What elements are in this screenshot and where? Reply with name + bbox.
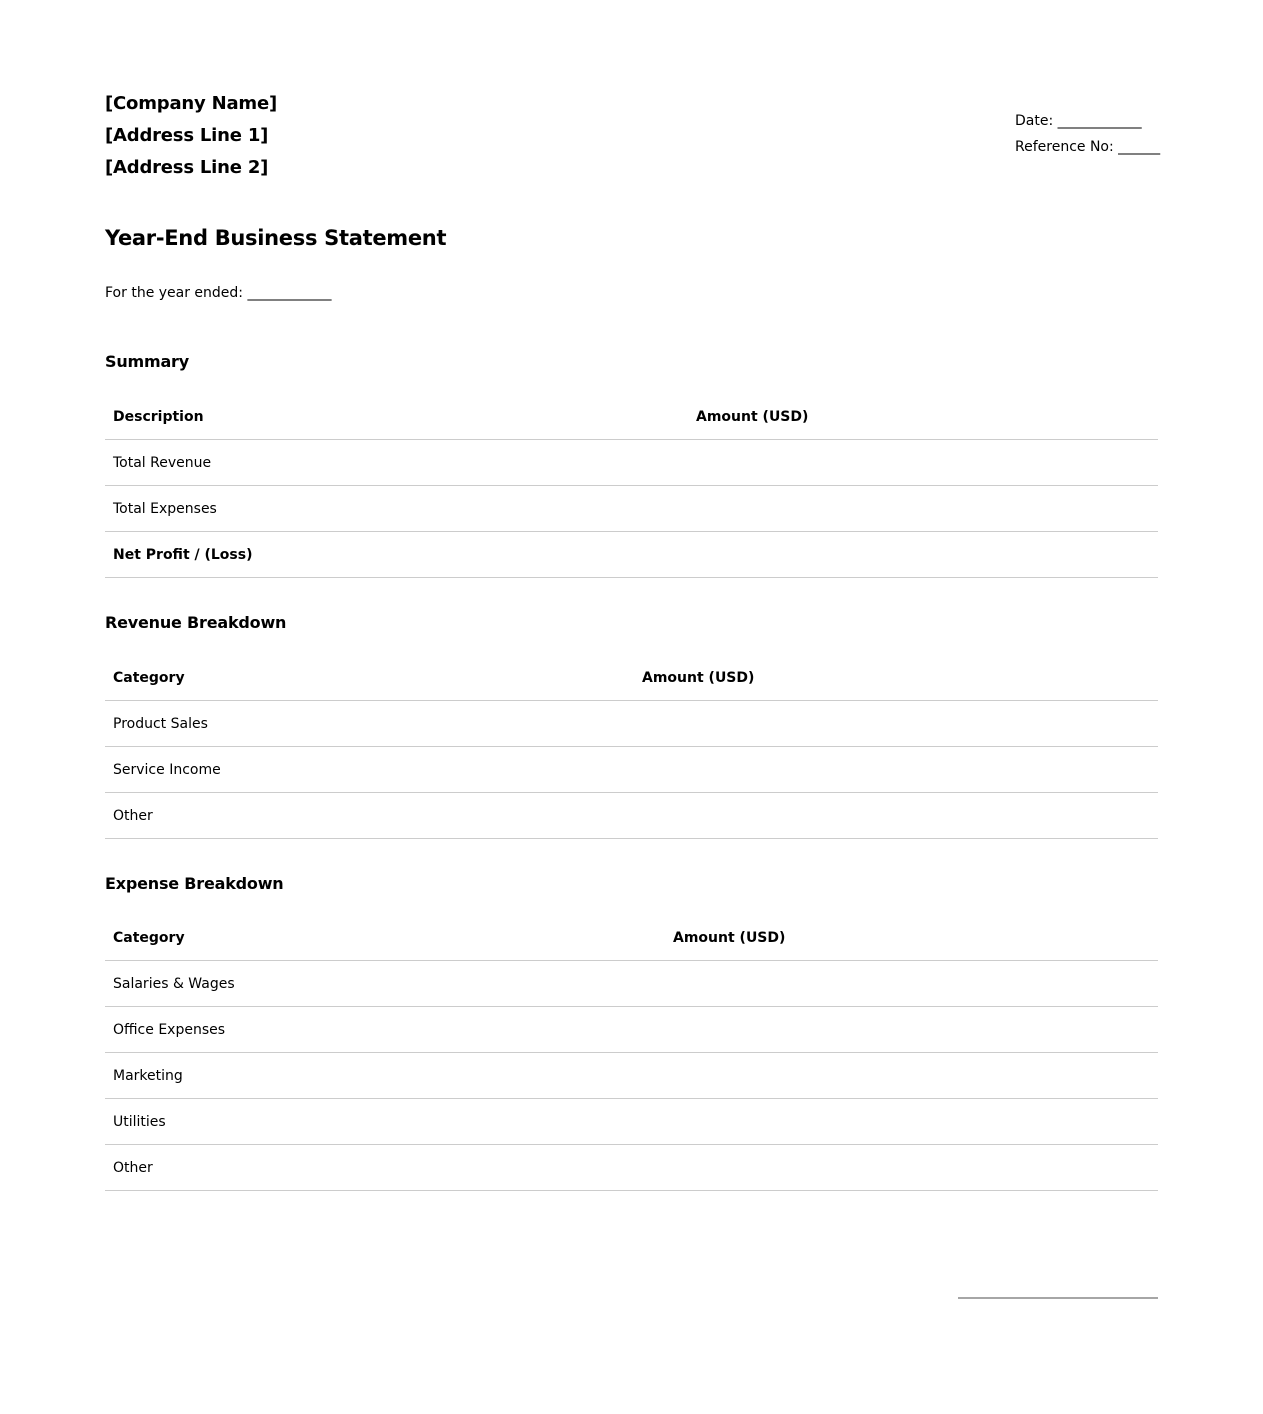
reference-number-field: Reference No: ______ [1015, 134, 1160, 160]
table-header-row: Category Amount (USD) [105, 915, 1158, 961]
row-amount [665, 1053, 1158, 1099]
table-row: Salaries & Wages [105, 961, 1158, 1007]
table-row: Product Sales [105, 701, 1158, 747]
column-header-category: Category [105, 655, 634, 701]
row-amount [688, 486, 1158, 532]
row-label: Service Income [105, 747, 634, 793]
row-amount [665, 1145, 1158, 1191]
table-row: Other [105, 1145, 1158, 1191]
row-amount [688, 440, 1158, 486]
row-label: Utilities [105, 1099, 665, 1145]
row-label: Office Expenses [105, 1007, 665, 1053]
company-name: [Company Name] [105, 88, 277, 120]
row-amount [665, 961, 1158, 1007]
expense-breakdown-heading: Expense Breakdown [105, 874, 283, 893]
row-label: Other [105, 793, 634, 839]
column-header-description: Description [105, 394, 688, 440]
row-amount [634, 747, 1158, 793]
row-label: Total Revenue [105, 440, 688, 486]
row-amount [665, 1007, 1158, 1053]
revenue-breakdown-table: Category Amount (USD) Product Sales Serv… [105, 655, 1158, 839]
address-line-2: [Address Line 2] [105, 152, 277, 184]
column-header-category: Category [105, 915, 665, 961]
row-amount [688, 532, 1158, 578]
row-label: Total Expenses [105, 486, 688, 532]
year-ended-field: For the year ended: ____________ [105, 285, 331, 301]
row-amount [634, 793, 1158, 839]
table-row: Utilities [105, 1099, 1158, 1145]
row-label: Salaries & Wages [105, 961, 665, 1007]
table-header-row: Category Amount (USD) [105, 655, 1158, 701]
expense-breakdown-table: Category Amount (USD) Salaries & Wages O… [105, 915, 1158, 1191]
row-amount [634, 701, 1158, 747]
table-row: Net Profit / (Loss) [105, 532, 1158, 578]
column-header-amount: Amount (USD) [665, 915, 1158, 961]
table-row: Other [105, 793, 1158, 839]
address-line-1: [Address Line 1] [105, 120, 277, 152]
table-row: Total Expenses [105, 486, 1158, 532]
summary-heading: Summary [105, 352, 189, 371]
summary-table: Description Amount (USD) Total Revenue T… [105, 394, 1158, 578]
table-row: Marketing [105, 1053, 1158, 1099]
row-label: Other [105, 1145, 665, 1191]
row-amount [665, 1099, 1158, 1145]
date-field: Date: ____________ [1015, 108, 1160, 134]
company-block: [Company Name] [Address Line 1] [Address… [105, 88, 277, 184]
row-label: Net Profit / (Loss) [105, 532, 688, 578]
row-label: Marketing [105, 1053, 665, 1099]
document-meta: Date: ____________ Reference No: ______ [1015, 108, 1160, 160]
revenue-breakdown-heading: Revenue Breakdown [105, 613, 286, 632]
row-label: Product Sales [105, 701, 634, 747]
signature-line [958, 1297, 1158, 1299]
table-row: Service Income [105, 747, 1158, 793]
column-header-amount: Amount (USD) [634, 655, 1158, 701]
table-row: Office Expenses [105, 1007, 1158, 1053]
table-row: Total Revenue [105, 440, 1158, 486]
column-header-amount: Amount (USD) [688, 394, 1158, 440]
page-title: Year-End Business Statement [105, 226, 446, 250]
table-header-row: Description Amount (USD) [105, 394, 1158, 440]
